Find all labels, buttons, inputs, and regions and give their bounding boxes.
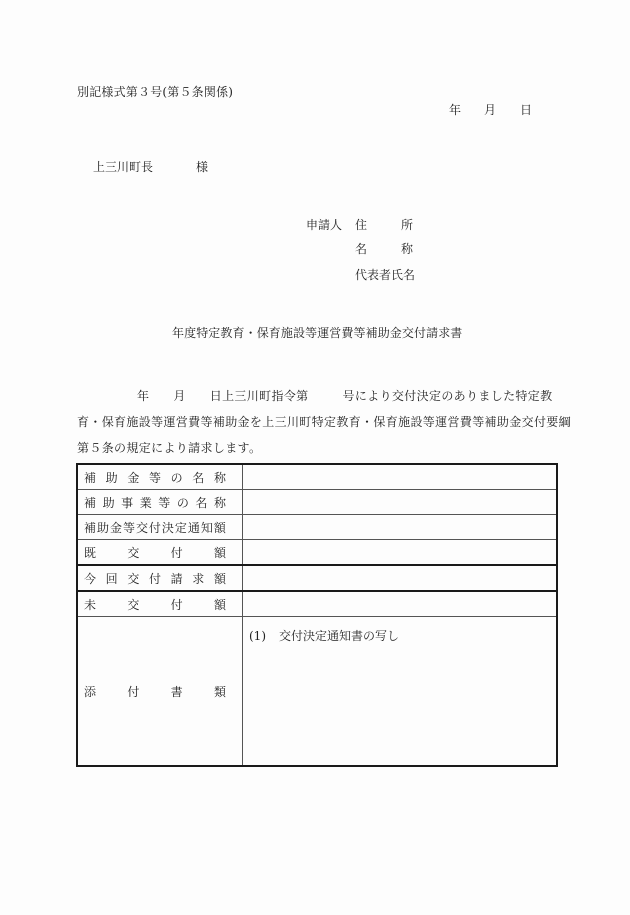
attachment-item: (1)交付決定通知書の写し <box>249 627 556 644</box>
table-row: 補助金等の名称 <box>77 464 557 490</box>
project-name-field[interactable] <box>243 490 558 515</box>
applicant-name-label: 名 称 <box>355 242 413 256</box>
label-char: 所 <box>401 218 413 232</box>
row-label-already-paid: 既交付額 <box>77 540 243 566</box>
subsidy-name-field[interactable] <box>243 464 558 490</box>
row-label-unpaid: 未交付額 <box>77 591 243 617</box>
table-row: 未交付額 <box>77 591 557 617</box>
table-row-attachments: 添付書類 (1)交付決定通知書の写し <box>77 617 557 767</box>
unpaid-field[interactable] <box>243 591 558 617</box>
already-paid-field[interactable] <box>243 540 558 566</box>
body-day-prefix: 日上三川町指令第 <box>210 389 309 403</box>
applicant-address-label: 住 所 <box>355 218 413 232</box>
current-request-field[interactable] <box>243 565 558 591</box>
body-line-3: 第５条の規定により請求します。 <box>77 435 559 461</box>
label-char: 称 <box>401 242 413 256</box>
body-line1-rest: 号により交付決定のありました特定教 <box>343 389 553 403</box>
row-label-attachments: 添付書類 <box>77 617 243 767</box>
document-title: 年度特定教育・保育施設等運営費等補助金交付請求書 <box>172 326 462 340</box>
body-month: 月 <box>173 389 185 403</box>
attachment-text: 交付決定通知書の写し <box>279 629 399 643</box>
request-table: 補助金等の名称 補助事業等の名称 補助金等交付決定通知額 既交付額 <box>76 463 558 767</box>
table-row: 既交付額 <box>77 540 557 566</box>
addressee-name: 上三川町長 <box>93 160 153 174</box>
table-row: 補助金等交付決定通知額 <box>77 515 557 540</box>
body-paragraph: 年月日上三川町指令第号により交付決定のありました特定教 育・保育施設等運営費等補… <box>77 383 559 461</box>
applicant-representative-label: 代表者氏名 <box>355 268 415 282</box>
date-month-label: 月 <box>484 103 496 117</box>
row-label-decision-amount: 補助金等交付決定通知額 <box>77 515 243 540</box>
applicant-label: 申請人 <box>306 218 342 232</box>
date-day-label: 日 <box>520 103 532 117</box>
form-id: 別記様式第３号(第５条関係) <box>77 85 233 99</box>
body-line-2: 育・保育施設等運営費等補助金を上三川町特定教育・保育施設等運営費等補助金交付要綱 <box>77 409 559 435</box>
label-char: 名 <box>355 242 367 256</box>
row-label-current-request: 今回交付請求額 <box>77 565 243 591</box>
addressee-honorific: 様 <box>196 160 208 174</box>
attachment-number: (1) <box>249 629 279 643</box>
body-year: 年 <box>137 389 149 403</box>
table-row: 今回交付請求額 <box>77 565 557 591</box>
label-char: 住 <box>355 218 367 232</box>
date-year-label: 年 <box>449 103 461 117</box>
attachments-field[interactable]: (1)交付決定通知書の写し <box>243 617 558 767</box>
addressee: 上三川町長 様 <box>93 160 153 174</box>
table-row: 補助事業等の名称 <box>77 490 557 515</box>
body-line-1: 年月日上三川町指令第号により交付決定のありました特定教 <box>77 383 559 409</box>
row-label-project-name: 補助事業等の名称 <box>77 490 243 515</box>
decision-amount-field[interactable] <box>243 515 558 540</box>
row-label-subsidy-name: 補助金等の名称 <box>77 464 243 490</box>
